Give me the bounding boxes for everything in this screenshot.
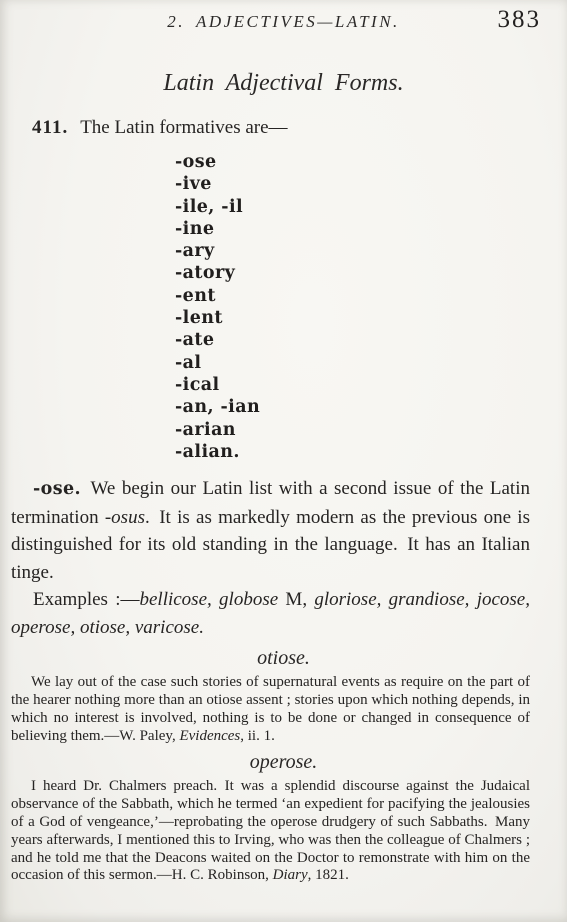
formative-item: -ate [175, 329, 567, 351]
operose-quote-text: I heard Dr. Chalmers preach. It was a sp… [11, 778, 530, 883]
formative-item: -ary [175, 240, 567, 262]
formative-item: -an, -ian [175, 396, 567, 418]
page-number: 383 [498, 6, 542, 34]
otiose-quote: We lay out of the case such stories of s… [11, 674, 530, 745]
formative-item: -lent [175, 307, 567, 329]
otiose-source-rest: , ii. 1. [240, 728, 275, 744]
operose-source-rest: , 1821. [308, 867, 349, 883]
otiose-source-title: Evidences [179, 728, 240, 744]
formatives-list: -ose -ive -ile, -il -ine -ary -atory -en… [175, 151, 567, 463]
examples-roman-mark: M, [278, 589, 314, 610]
running-head: 2. ADJECTIVES—LATIN. [0, 12, 567, 32]
ose-paragraph: -ose. We begin our Latin list with a sec… [11, 475, 530, 586]
page-header: 2. ADJECTIVES—LATIN. 383 [0, 0, 567, 46]
section-intro: The Latin formatives are— [80, 117, 287, 138]
examples-paragraph: Examples :—bellicose, globose M, glorios… [11, 586, 530, 641]
formative-item: -ine [175, 218, 567, 240]
formative-item: -arian [175, 419, 567, 441]
examples-words-1: bellicose, globose [139, 589, 278, 610]
formative-item: -alian. [175, 441, 567, 463]
examples-label: Examples :— [33, 589, 139, 610]
section-411: 411.The Latin formatives are— [12, 115, 531, 141]
ose-lead: -ose. [33, 479, 81, 499]
main-title: Latin Adjectival Forms. [0, 70, 567, 97]
formative-item: -al [175, 352, 567, 374]
formative-item: -ical [175, 374, 567, 396]
formative-item: -ose [175, 151, 567, 173]
section-number: 411. [32, 117, 80, 138]
operose-heading: operose. [0, 751, 567, 774]
formative-item: -atory [175, 262, 567, 284]
book-page: 2. ADJECTIVES—LATIN. 383 Latin Adjectiva… [0, 0, 567, 922]
formative-item: -ile, -il [175, 196, 567, 218]
operose-source-title: Diary [273, 867, 308, 883]
formative-item: -ent [175, 285, 567, 307]
otiose-heading: otiose. [0, 647, 567, 670]
formative-item: -ive [175, 173, 567, 195]
operose-quote: I heard Dr. Chalmers preach. It was a sp… [11, 778, 530, 885]
latin-termination: -osus [105, 507, 145, 528]
